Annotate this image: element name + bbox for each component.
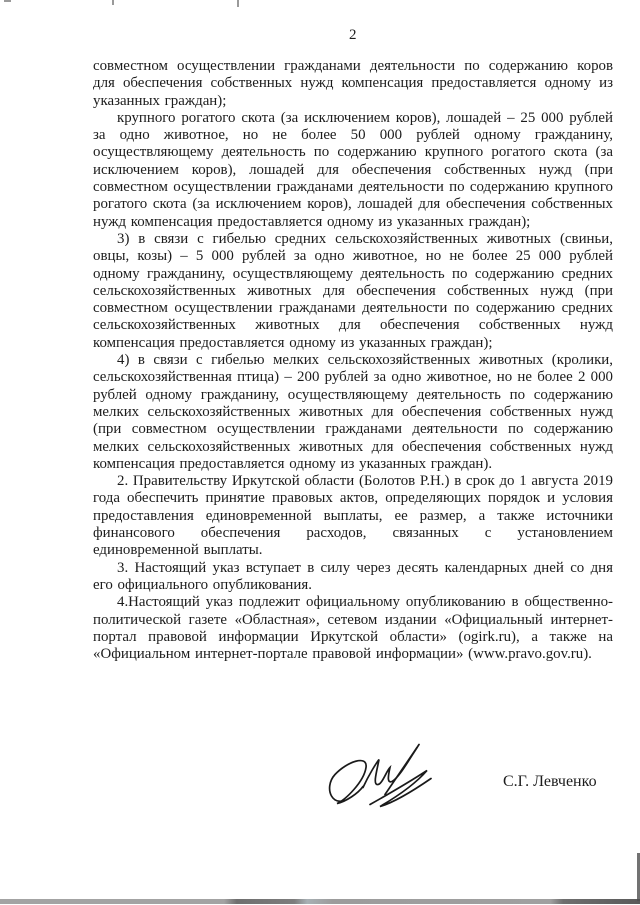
signature-block: С.Г. Левченко [0, 735, 640, 835]
page-number: 2 [93, 27, 613, 44]
body-paragraph-item-4-small-animals: 4) в связи с гибелью мелких сельскохозяй… [93, 352, 613, 473]
scanned-document-page: 2 совместном осуществлении гражданами де… [0, 0, 640, 905]
document-body: совместном осуществлении гражданами деят… [93, 58, 613, 663]
scan-artifact-tick [4, 0, 11, 2]
signer-name: С.Г. Левченко [503, 773, 597, 791]
scan-artifact-tick [237, 0, 239, 7]
signature-image [322, 740, 452, 818]
body-paragraph-item-3-entry-into-force: 3. Настоящий указ вступает в силу через … [93, 560, 613, 595]
scan-artifact-bottom-edge [0, 899, 640, 904]
body-paragraph-item-3-medium-animals: 3) в связи с гибелью средних сельскохозя… [93, 231, 613, 352]
body-paragraph-continuation: совместном осуществлении гражданами деят… [93, 58, 613, 110]
scan-artifact-tick [112, 0, 114, 5]
body-paragraph-item-4-publication: 4.Настоящий указ подлежит официальному о… [93, 594, 613, 663]
body-paragraph-item-2-government: 2. Правительству Иркутской области (Боло… [93, 473, 613, 559]
body-paragraph-cattle-horses: крупного рогатого скота (за исключением … [93, 110, 613, 231]
